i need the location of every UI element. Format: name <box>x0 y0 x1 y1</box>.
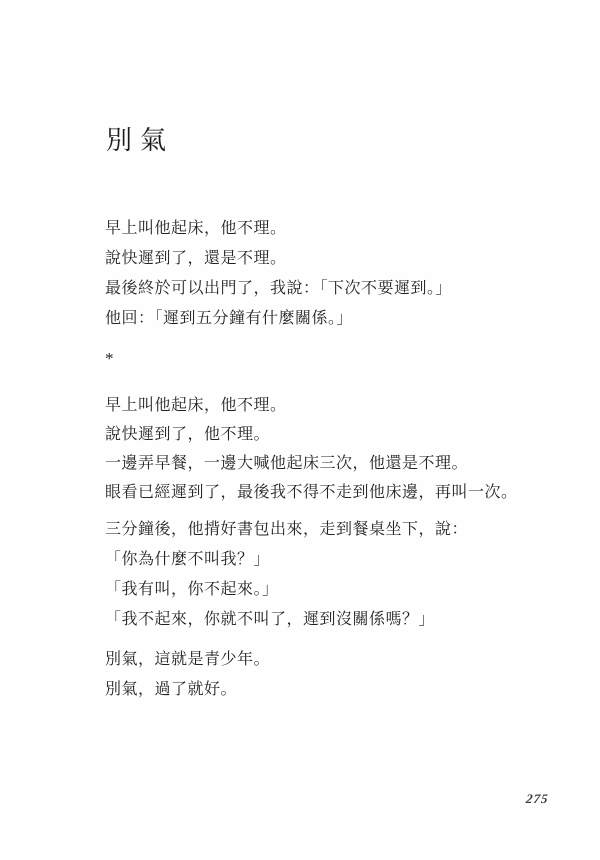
paragraph-3: 三分鐘後，他揹好書包出來，走到餐桌坐下，說： 「你為什麼不叫我？」 「我有叫，你… <box>105 515 555 635</box>
text-line: 說快遲到了，他不理。 <box>105 420 555 449</box>
text-line: 「我不起來，你就不叫了，遲到沒關係嗎？」 <box>105 605 555 635</box>
paragraph-1: 早上叫他起床，他不理。 說快遲到了，還是不理。 最後終於可以出門了，我說：「下次… <box>105 214 555 334</box>
text-line: 別氣，這就是青少年。 <box>105 645 555 675</box>
page-number: 275 <box>525 791 549 807</box>
text-line: 最後終於可以出門了，我說：「下次不要遲到。」 <box>105 274 555 304</box>
text-line: 早上叫他起床，他不理。 <box>105 391 555 420</box>
paragraph-2: 早上叫他起床，他不理。 說快遲到了，他不理。 一邊弄早餐，一邊大喊他起床三次，他… <box>105 391 555 507</box>
book-page: 別氣 早上叫他起床，他不理。 說快遲到了，還是不理。 最後終於可以出門了，我說：… <box>0 0 600 860</box>
section-separator-asterisk: * <box>105 344 555 374</box>
text-line: 別氣，過了就好。 <box>105 675 555 705</box>
text-line: 他回：「遲到五分鐘有什麼關係。」 <box>105 304 555 334</box>
text-line: 早上叫他起床，他不理。 <box>105 214 555 244</box>
text-line: 「你為什麼不叫我？」 <box>105 545 555 575</box>
chapter-title: 別氣 <box>106 120 174 157</box>
text-line: 說快遲到了，還是不理。 <box>105 244 555 274</box>
text-line: 一邊弄早餐，一邊大喊他起床三次，他還是不理。 <box>105 449 555 478</box>
text-line: 三分鐘後，他揹好書包出來，走到餐桌坐下，說： <box>105 515 555 545</box>
text-line: 「我有叫，你不起來。」 <box>105 575 555 605</box>
text-line: 眼看已經遲到了，最後我不得不走到他床邊，再叫一次。 <box>105 478 555 507</box>
paragraph-4: 別氣，這就是青少年。 別氣，過了就好。 <box>105 645 555 705</box>
